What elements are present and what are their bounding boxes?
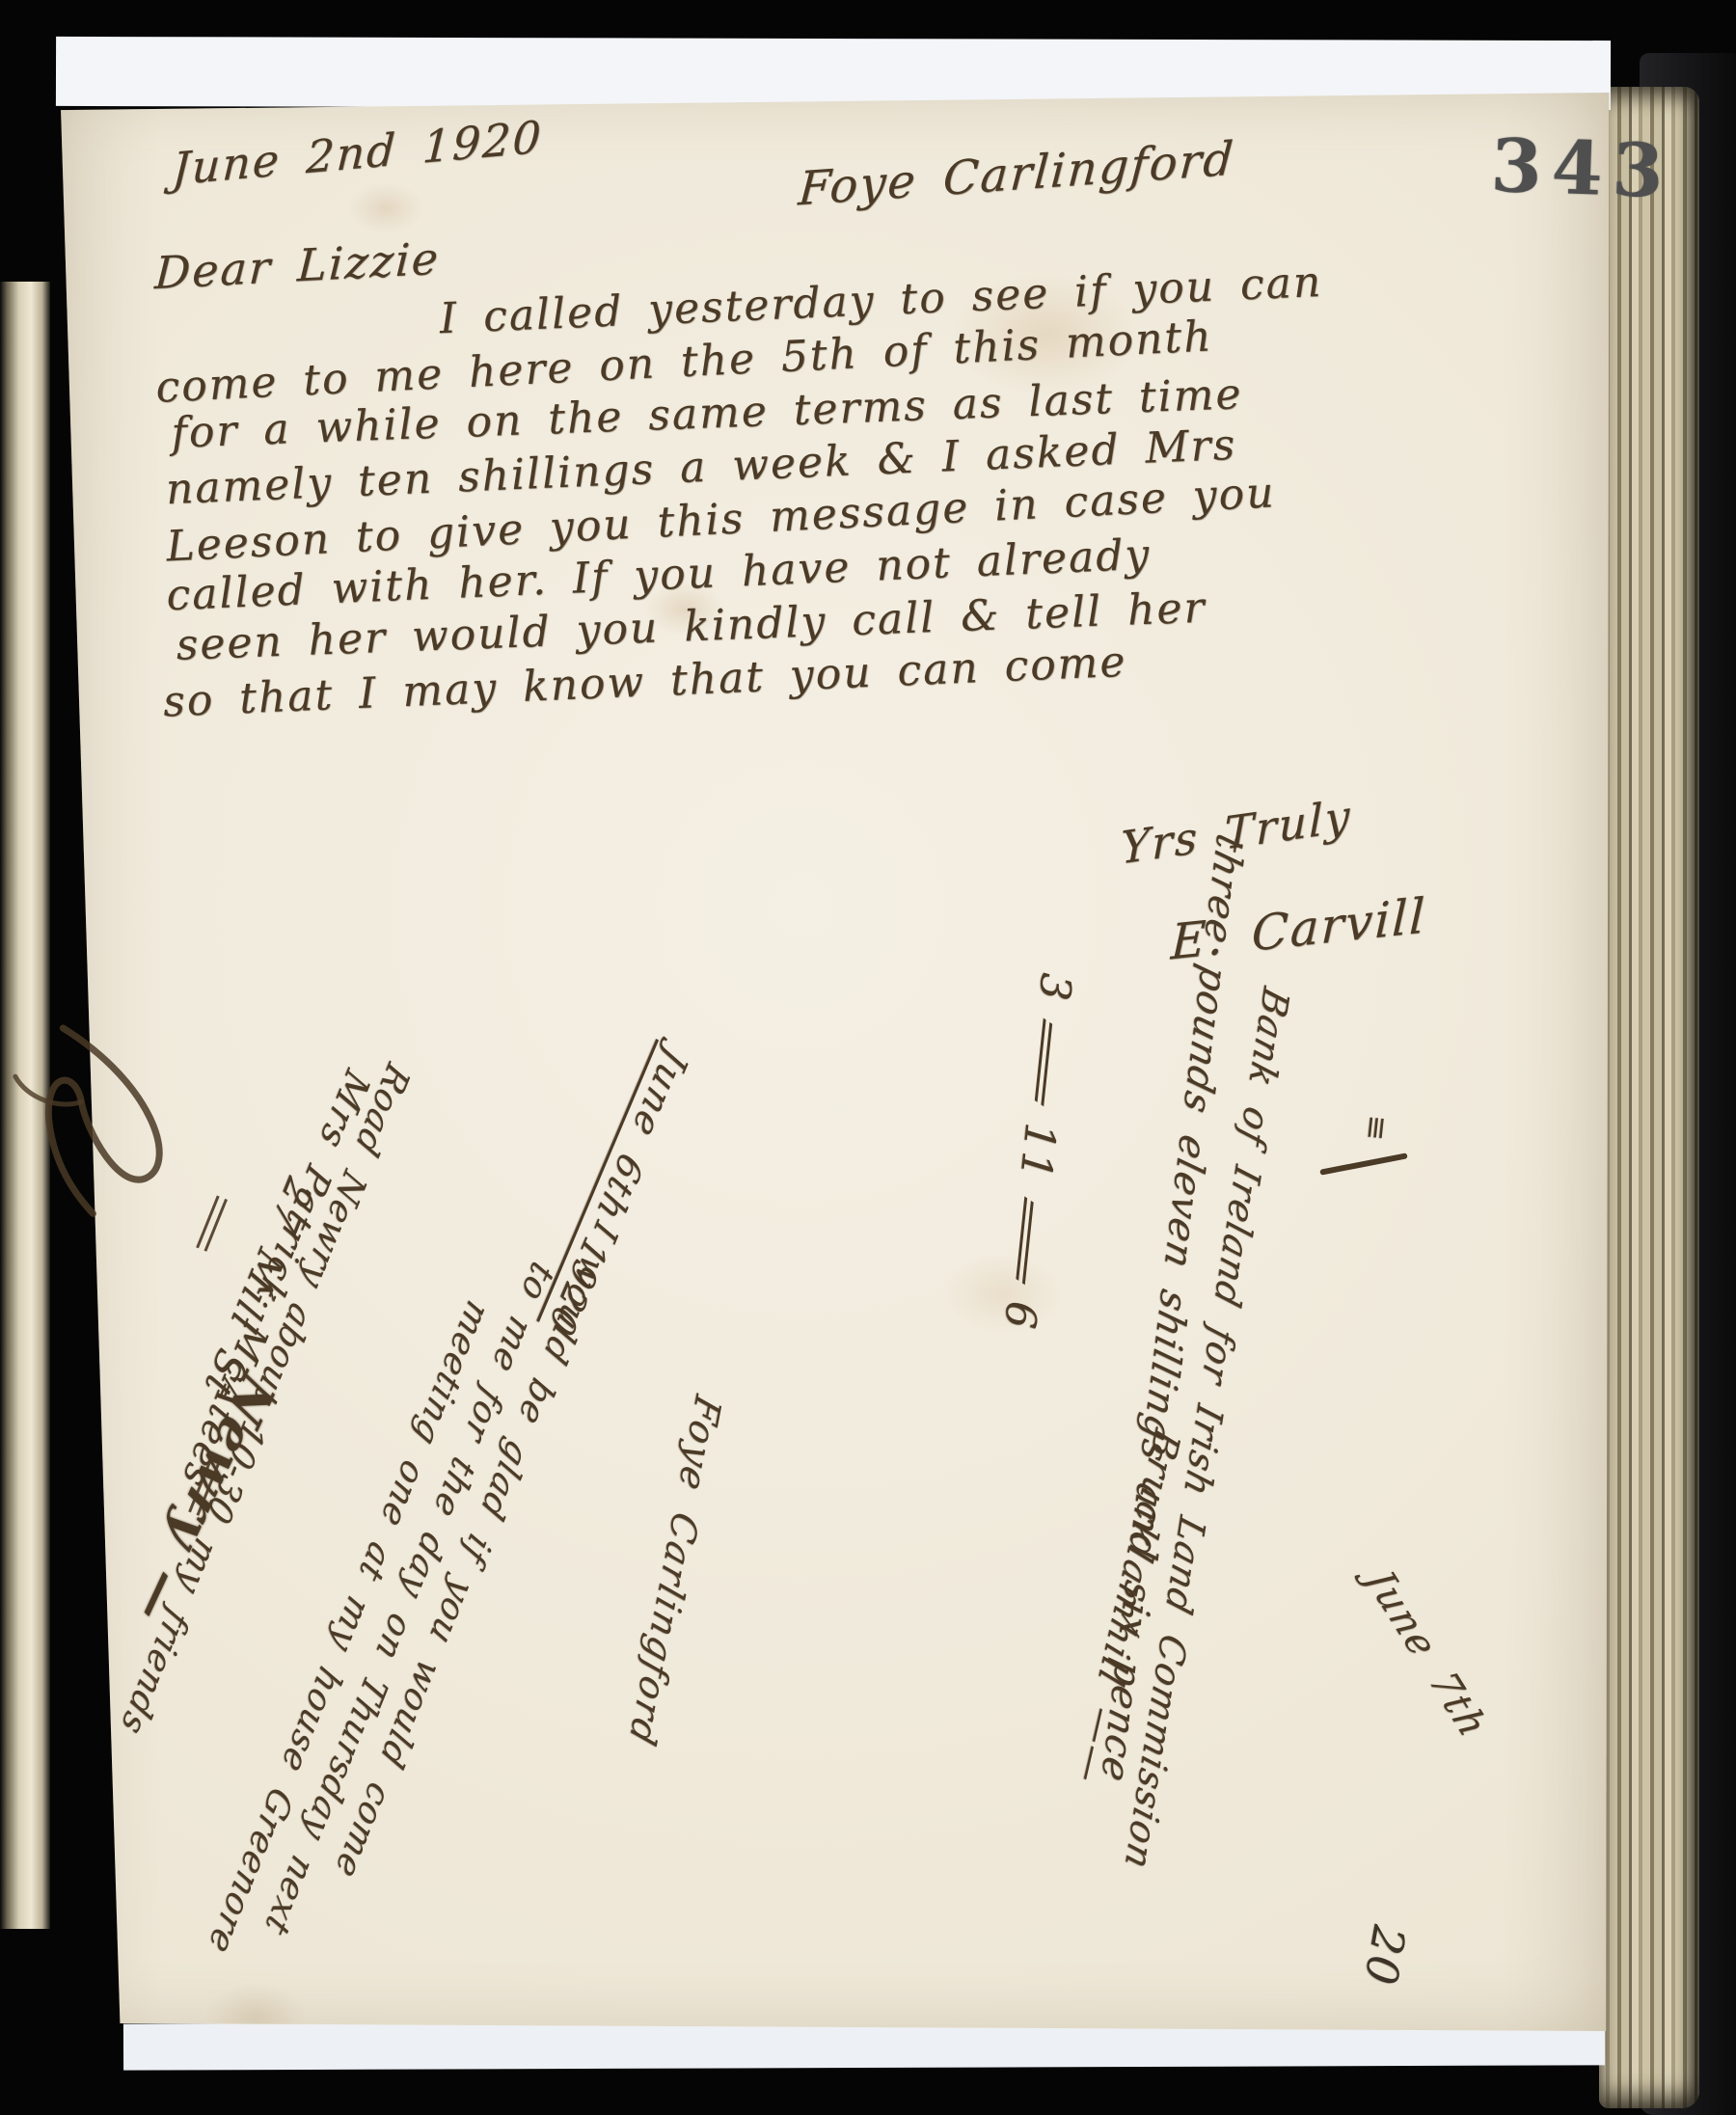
amount-shillings: 11 [1010,1121,1065,1183]
amount-pounds: 3 [1029,971,1081,1005]
amount-pence: 6 [994,1299,1046,1333]
amount-divider [1017,1196,1034,1285]
amount-divider [1035,1018,1052,1107]
folio-number-stamp: 343 [1490,122,1675,215]
corner-folio-mark: 20 [1354,1922,1416,1991]
ink-scribble-flourish [0,1007,217,1243]
signature-hatch-marks: ≡ [1357,1113,1397,1145]
letter1-body: I called yesterday to see if you can com… [145,258,1339,731]
letterbook-photo: 343 June 2nd 1920 Foye Carlingford Dear … [0,0,1736,2115]
page-stack-fore-edge [1599,87,1699,2108]
